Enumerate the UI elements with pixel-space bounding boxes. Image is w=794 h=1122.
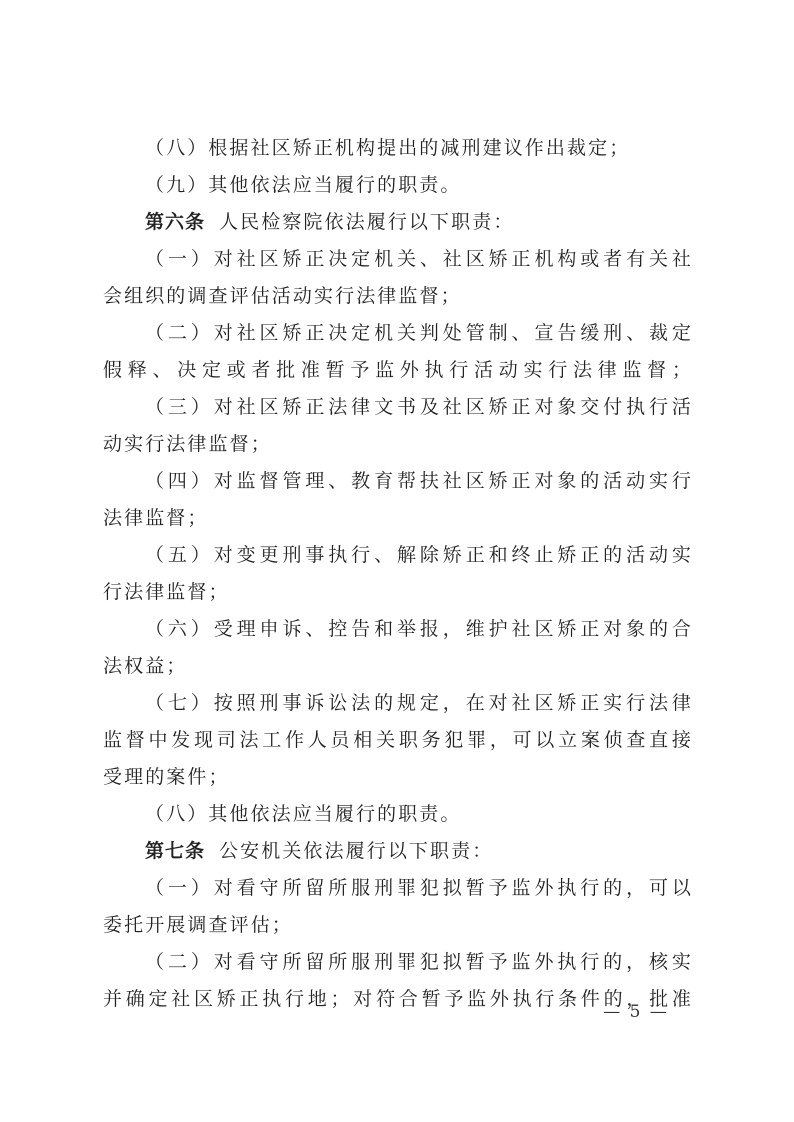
page-number: — 5 —	[597, 998, 675, 1026]
line-text: （二）对看守所留所服刑罪犯拟暂予监外执行的，核实	[145, 951, 693, 973]
text-line: （二）对社区矫正决定机关判处管制、宣告缓刑、裁定	[103, 315, 693, 352]
line-text: （七）按照刑事诉讼法的规定，在对社区矫正实行法律	[145, 692, 693, 714]
line-text: 监督中发现司法工作人员相关职务犯罪，可以立案侦查直接	[103, 729, 693, 751]
line-text: （三）对社区矫正法律文书及社区矫正对象交付执行活	[145, 396, 693, 418]
line-text: （八）其他依法应当履行的职责。	[145, 803, 462, 825]
line-text: 法权益；	[103, 655, 187, 677]
text-line: （一）对看守所留所服刑罪犯拟暂予监外执行的，可以	[103, 870, 693, 907]
text-line: （六）受理申诉、控告和举报，维护社区矫正对象的合	[103, 611, 693, 648]
line-text: 受理的案件；	[103, 766, 230, 788]
text-line: （二）对看守所留所服刑罪犯拟暂予监外执行的，核实	[103, 944, 693, 981]
text-line: 委托开展调查评估；	[103, 907, 693, 944]
text-line: 动实行法律监督；	[103, 426, 693, 463]
line-text: 人民检察院依法履行以下职责：	[219, 211, 514, 233]
line-text: 会组织的调查评估活动实行法律监督；	[103, 285, 462, 307]
text-line: （五）对变更刑事执行、解除矫正和终止矫正的活动实	[103, 537, 693, 574]
article-number: 第七条	[145, 840, 205, 862]
line-text: （五）对变更刑事执行、解除矫正和终止矫正的活动实	[145, 544, 693, 566]
line-text: 委托开展调查评估；	[103, 914, 293, 936]
line-text: 假释、决定或者批准暂予监外执行活动实行法律监督；	[103, 359, 693, 381]
text-line: 行法律监督；	[103, 574, 693, 611]
article-heading-line: 第七条公安机关依法履行以下职责：	[103, 833, 693, 870]
text-line: 法权益；	[103, 648, 693, 685]
text-line: 监督中发现司法工作人员相关职务犯罪，可以立案侦查直接	[103, 722, 693, 759]
text-line: 受理的案件；	[103, 759, 693, 796]
text-line: （三）对社区矫正法律文书及社区矫正对象交付执行活	[103, 389, 693, 426]
text-line: （一）对社区矫正决定机关、社区矫正机构或者有关社	[103, 241, 693, 278]
text-line: 法律监督；	[103, 500, 693, 537]
text-line: （八）根据社区矫正机构提出的减刑建议作出裁定；	[103, 130, 693, 167]
document-page: （八）根据社区矫正机构提出的减刑建议作出裁定； （九）其他依法应当履行的职责。 …	[103, 130, 693, 1018]
article-number: 第六条	[145, 211, 205, 233]
text-line: 假释、决定或者批准暂予监外执行活动实行法律监督；	[103, 352, 693, 389]
line-text: 法律监督；	[103, 507, 209, 529]
line-text: （四）对监督管理、教育帮扶社区矫正对象的活动实行	[145, 470, 693, 492]
line-text: 行法律监督；	[103, 581, 230, 603]
text-line: （九）其他依法应当履行的职责。	[103, 167, 693, 204]
line-text: （二）对社区矫正决定机关判处管制、宣告缓刑、裁定	[145, 322, 693, 344]
article-heading-line: 第六条人民检察院依法履行以下职责：	[103, 204, 693, 241]
line-text: 公安机关依法履行以下职责：	[219, 840, 493, 862]
line-text: （九）其他依法应当履行的职责。	[145, 174, 462, 196]
text-line: 会组织的调查评估活动实行法律监督；	[103, 278, 693, 315]
text-line: （八）其他依法应当履行的职责。	[103, 796, 693, 833]
line-text: （六）受理申诉、控告和举报，维护社区矫正对象的合	[145, 618, 693, 640]
text-line: （七）按照刑事诉讼法的规定，在对社区矫正实行法律	[103, 685, 693, 722]
line-text: 动实行法律监督；	[103, 433, 272, 455]
text-line: （四）对监督管理、教育帮扶社区矫正对象的活动实行	[103, 463, 693, 500]
line-text: （八）根据社区矫正机构提出的减刑建议作出裁定；	[145, 137, 630, 159]
line-text: （一）对看守所留所服刑罪犯拟暂予监外执行的，可以	[145, 877, 693, 899]
line-text: （一）对社区矫正决定机关、社区矫正机构或者有关社	[145, 248, 693, 270]
